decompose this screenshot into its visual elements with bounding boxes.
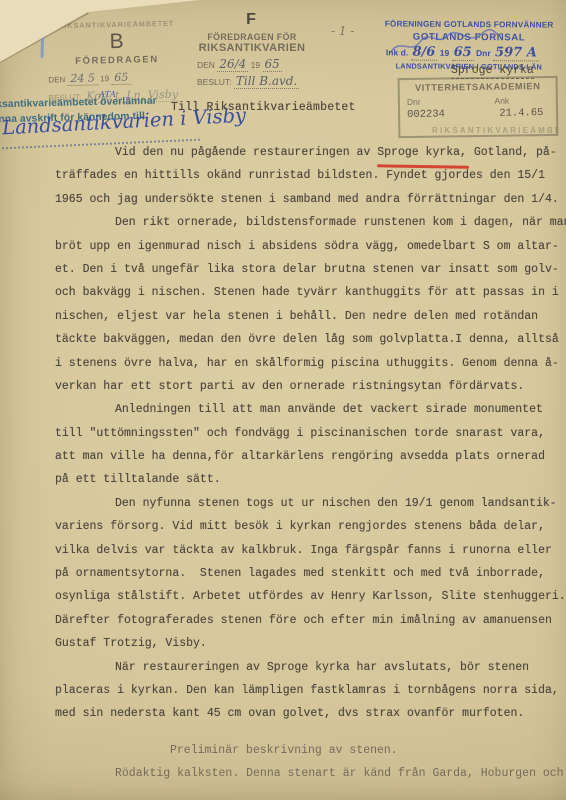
stamp-foredragen-b: RIKSANTIKVARIEÄMBETET B FÖREDRAGEN DEN 2… bbox=[37, 18, 197, 103]
letter-body-line: Anledningen till att man använde det vac… bbox=[55, 398, 566, 421]
handwritten-beslut: Till B.avd. bbox=[234, 74, 299, 89]
den-label: DEN bbox=[197, 60, 215, 70]
letter-body-line: vilka delvis var täckta av kalkbruk. Ing… bbox=[55, 539, 566, 562]
letter-body-line: Den nyfunna stenen togs ut ur nischen de… bbox=[55, 492, 566, 515]
letter-body-line: Preliminär beskrivning av stenen. bbox=[55, 739, 566, 762]
dnr-label: Dnr bbox=[407, 97, 421, 107]
den-label: DEN bbox=[48, 75, 65, 84]
stamp-foredragen-label: FÖREDRAGEN bbox=[38, 53, 196, 67]
letter-heading: Till Riksantikvarieämbetet bbox=[171, 101, 356, 114]
stamp-riksantikvarien-label: RIKSANTIKVARIEN bbox=[183, 42, 321, 54]
akademien-labels-row: Dnr Ank bbox=[407, 96, 509, 107]
handwritten-date: 24 5 bbox=[67, 71, 98, 86]
letter-body-line: placeras i kyrkan. Den kan lämpligen fas… bbox=[55, 679, 566, 702]
letter-body-line: 1965 och jag undersökte stenen i samband… bbox=[55, 188, 566, 211]
stamp-date-row: DEN 26/4 19 65 bbox=[197, 57, 321, 71]
letter-body-line: med sin nedersta kant 45 cm ovan golvet,… bbox=[55, 702, 566, 725]
letter-body-line: osynliga stålstift. Arbetet utfördes av … bbox=[55, 585, 566, 608]
handwritten-year: 65 bbox=[111, 71, 131, 85]
handwritten-date: 26/4 bbox=[217, 57, 248, 72]
letter-body-line: träffades en hittills okänd runristad bi… bbox=[55, 164, 566, 187]
year-printed: 19 bbox=[251, 60, 260, 70]
scanned-letter-page: RIKSANTIKVARIEÄMBETET B FÖREDRAGEN DEN 2… bbox=[0, 0, 566, 800]
letter-body-line: täckte bakväggen, medan den övre delen l… bbox=[55, 328, 566, 351]
dnr-number: 002234 bbox=[407, 108, 445, 121]
letter-body-line: och bakvägg i nischen. Stenen hade tyvär… bbox=[55, 281, 566, 304]
ank-date: 21.4.65 bbox=[499, 107, 543, 120]
handwritten-ata-note: ATA bbox=[99, 90, 116, 100]
ank-label: Ank bbox=[494, 96, 509, 106]
year-printed: 19 bbox=[100, 74, 109, 83]
letter-body-line: Den rikt ornerade, bildstensformade runs… bbox=[55, 211, 566, 234]
letter-body-line: till "uttömningssten" och fondvägg i pis… bbox=[55, 422, 566, 445]
letter-body-line: på ornamentsytorna. Stenen lagades med s… bbox=[55, 562, 566, 585]
letter-body-line: på ett tilltalande sätt. bbox=[55, 468, 566, 491]
stamp-foredragen-f: F FÖREDRAGEN FÖR RIKSANTIKVARIEN DEN 26/… bbox=[183, 11, 321, 88]
letter-body-line: nischen, eljest var hela stenen i behåll… bbox=[55, 305, 566, 328]
letter-body-line: Rödaktig kalksten. Denna stenart är känd… bbox=[55, 762, 566, 785]
letter-body-line: bröt upp en igenmurad nisch i absidens s… bbox=[55, 235, 566, 258]
stamp-letter-b: B bbox=[37, 29, 195, 54]
letter-body-line: att man ville ha denna,för altarkärlens … bbox=[55, 445, 566, 468]
stamp-foredragen-for-label: FÖREDRAGEN FÖR bbox=[183, 32, 321, 42]
stamp-faded-riksantikvarieambetet: RIKSANTIKVARIEÄMBETET bbox=[432, 126, 558, 135]
letter-body-line: i stenens övre halva, har en skålformig … bbox=[55, 352, 566, 375]
letter-body-line: Vid den nu pågående restaureringen av Sp… bbox=[55, 141, 566, 164]
akademien-values-row: 002234 21.4.65 bbox=[407, 107, 543, 121]
page-number: - 1 - bbox=[331, 24, 354, 38]
stamp-beslut-row: BESLUT: Till B.avd. bbox=[197, 74, 321, 88]
letter-body-line: et. Den i två ungefär lika stora delar b… bbox=[55, 258, 566, 281]
letter-body-line: Gustaf Trotzig, Visby. bbox=[55, 632, 566, 655]
beslut-label: BESLUT: bbox=[197, 77, 232, 87]
letter-body-line: verkan har ett stort parti av den ornera… bbox=[55, 375, 566, 398]
stamp-date-row: DEN 24 5 19 65 bbox=[48, 69, 196, 85]
letter-body: Vid den nu pågående restaureringen av Sp… bbox=[55, 141, 566, 786]
akademien-title: VITTERHETSAKADEMIEN bbox=[407, 81, 549, 93]
handwritten-year: 65 bbox=[263, 57, 282, 72]
stamp-letter-f: F bbox=[183, 11, 321, 29]
letter-body-line: Därefter fotograferades stenen före och … bbox=[55, 609, 566, 632]
letter-body-line: När restaureringen av Sproge kyrka har a… bbox=[55, 656, 566, 679]
stamp-agency-text: RIKSANTIKVARIEÄMBETET bbox=[37, 18, 195, 30]
letter-body-line: variens försorg. Vid mitt besök i kyrkan… bbox=[55, 515, 566, 538]
